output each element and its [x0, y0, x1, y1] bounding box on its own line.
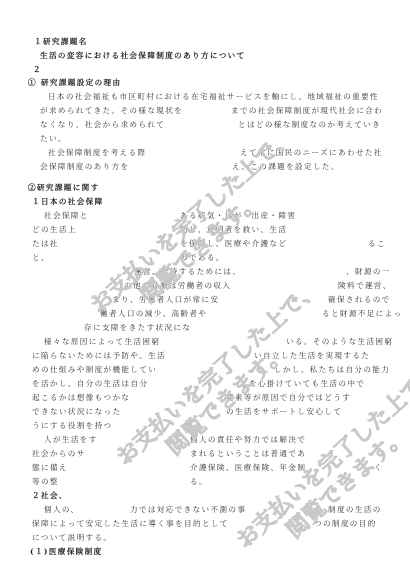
body-text-line: 険料で運営、 [338, 281, 392, 291]
body-text-line: い自立した生活を実現するた [254, 351, 370, 361]
body-text-line: たい。 [40, 134, 67, 144]
body-text-line: の他の財源は労働者の収入 [124, 281, 231, 291]
heading-text: １研究課題名 [34, 37, 88, 47]
body-text-line: 様々な原因によって生活困窮 [44, 337, 160, 347]
body-text-line: 会保障制度のあり方を [40, 162, 129, 172]
body-text-line: ある病気・けが・出産・障害 [180, 211, 296, 221]
body-text-line: く [374, 463, 383, 473]
body-text-line: が求められてきた。その様な現状を [40, 106, 183, 116]
body-text-line: えて常に国民のニーズにあわせた社 [240, 148, 383, 158]
heading-text: ２ [33, 65, 42, 75]
body-text-line: どの生活上 [32, 225, 77, 235]
body-text-line: 働者人口の減少、高齢者や [100, 309, 207, 319]
body-text-line: 介護保険、医療保険、年金制 [190, 463, 306, 473]
heading-text: (１)医療保険制度 [30, 547, 103, 557]
body-text-line: を活かし、自分の生活は自分 [32, 379, 148, 389]
body-text-line: なくなり、社会から求められて [40, 120, 165, 130]
body-text-line: 保障によって安定した生活に導く事を目的として [32, 519, 229, 529]
body-text-line: と、 [32, 253, 50, 263]
body-text-line: を保障し、医療や介護など [180, 239, 287, 249]
body-text-line: とを心掛けていても生活の中で [240, 379, 365, 389]
body-text-line: たは社 [32, 239, 59, 249]
body-text-line: 防し、貧困者を救い、生活 [180, 225, 287, 235]
body-text-line: とはどの様な制度なのか考えていき [238, 120, 381, 130]
body-text-line: 制度の生活の [328, 505, 382, 515]
body-text-line: について説明する。 [32, 533, 112, 543]
heading-text: ②研究課題に関す [28, 183, 100, 193]
heading-text: ① 研究課題設定の理由 [28, 78, 121, 88]
body-text-line: めの仕組みや制度が機能してい [32, 365, 157, 375]
body-text-line: つの制度の目的 [314, 519, 377, 529]
body-text-line: まれるということは普通であ [190, 449, 306, 459]
body-text-line: 等の整 [32, 477, 59, 487]
body-text-line: るこ [368, 239, 386, 249]
body-text-line: できない状況になった [32, 407, 121, 417]
body-text-line: まり、労働者人口が常に安 [112, 295, 219, 305]
body-text-line: 、財源の一 [346, 267, 391, 277]
body-text-line: 社会保障と [44, 211, 89, 221]
heading-text: ２社会、 [32, 491, 68, 501]
body-text-line: 確保されるので [328, 295, 391, 305]
body-text-line: うにする役割を持つ [32, 421, 113, 431]
body-text-line: 個人の、 [44, 505, 79, 515]
body-text-line: 個人の責任や努力では解決で [190, 435, 306, 445]
body-text-line: 社会からのサ [32, 449, 86, 459]
heading-text: １日本の社会保障 [32, 197, 104, 207]
body-text-line: 人が生活をす [44, 435, 98, 445]
body-text-line: 起こるかは想像もつかな [32, 393, 130, 403]
body-text-line: のである。 [180, 253, 225, 263]
body-text-line: 力では対応できない不測の事 [130, 505, 246, 515]
body-text-line: え、この課題を設定した。 [232, 162, 340, 172]
body-text-line: 態に備え [32, 463, 68, 473]
document-page: １研究課題名生活の変容における社会保障制度のあり方について２① 研究課題設定の理… [0, 0, 410, 580]
body-text-line: ると財源不足によっ [322, 309, 403, 319]
body-text-line: 要素等が原因で自分ではどうす [226, 393, 351, 403]
body-text-line: いる。そのような生活困窮 [286, 337, 393, 347]
body-text-line: 運営、維持するためには、 [134, 267, 241, 277]
body-text-line: までの社会保障制度が現代社会に合わ [231, 106, 383, 116]
body-text-line: る。しかし、私たちは自分の能力 [256, 365, 390, 375]
heading-text: 生活の変容における社会保障制度のあり方について [40, 51, 246, 61]
body-text-line: 日本の社会福祉も市区町村における在宅福祉サービスを軸にし、地域福祉の重要性 [48, 92, 379, 102]
body-text-line: に陥らないためには予防や、生活 [32, 351, 166, 361]
body-text-line: 社会保障制度を考える際 [48, 148, 146, 158]
body-text-line: る。 [190, 477, 208, 487]
body-text-line: 存に支障をきたす状況にな [84, 323, 191, 333]
body-text-line: の生活をサポートし安心して [226, 407, 342, 417]
